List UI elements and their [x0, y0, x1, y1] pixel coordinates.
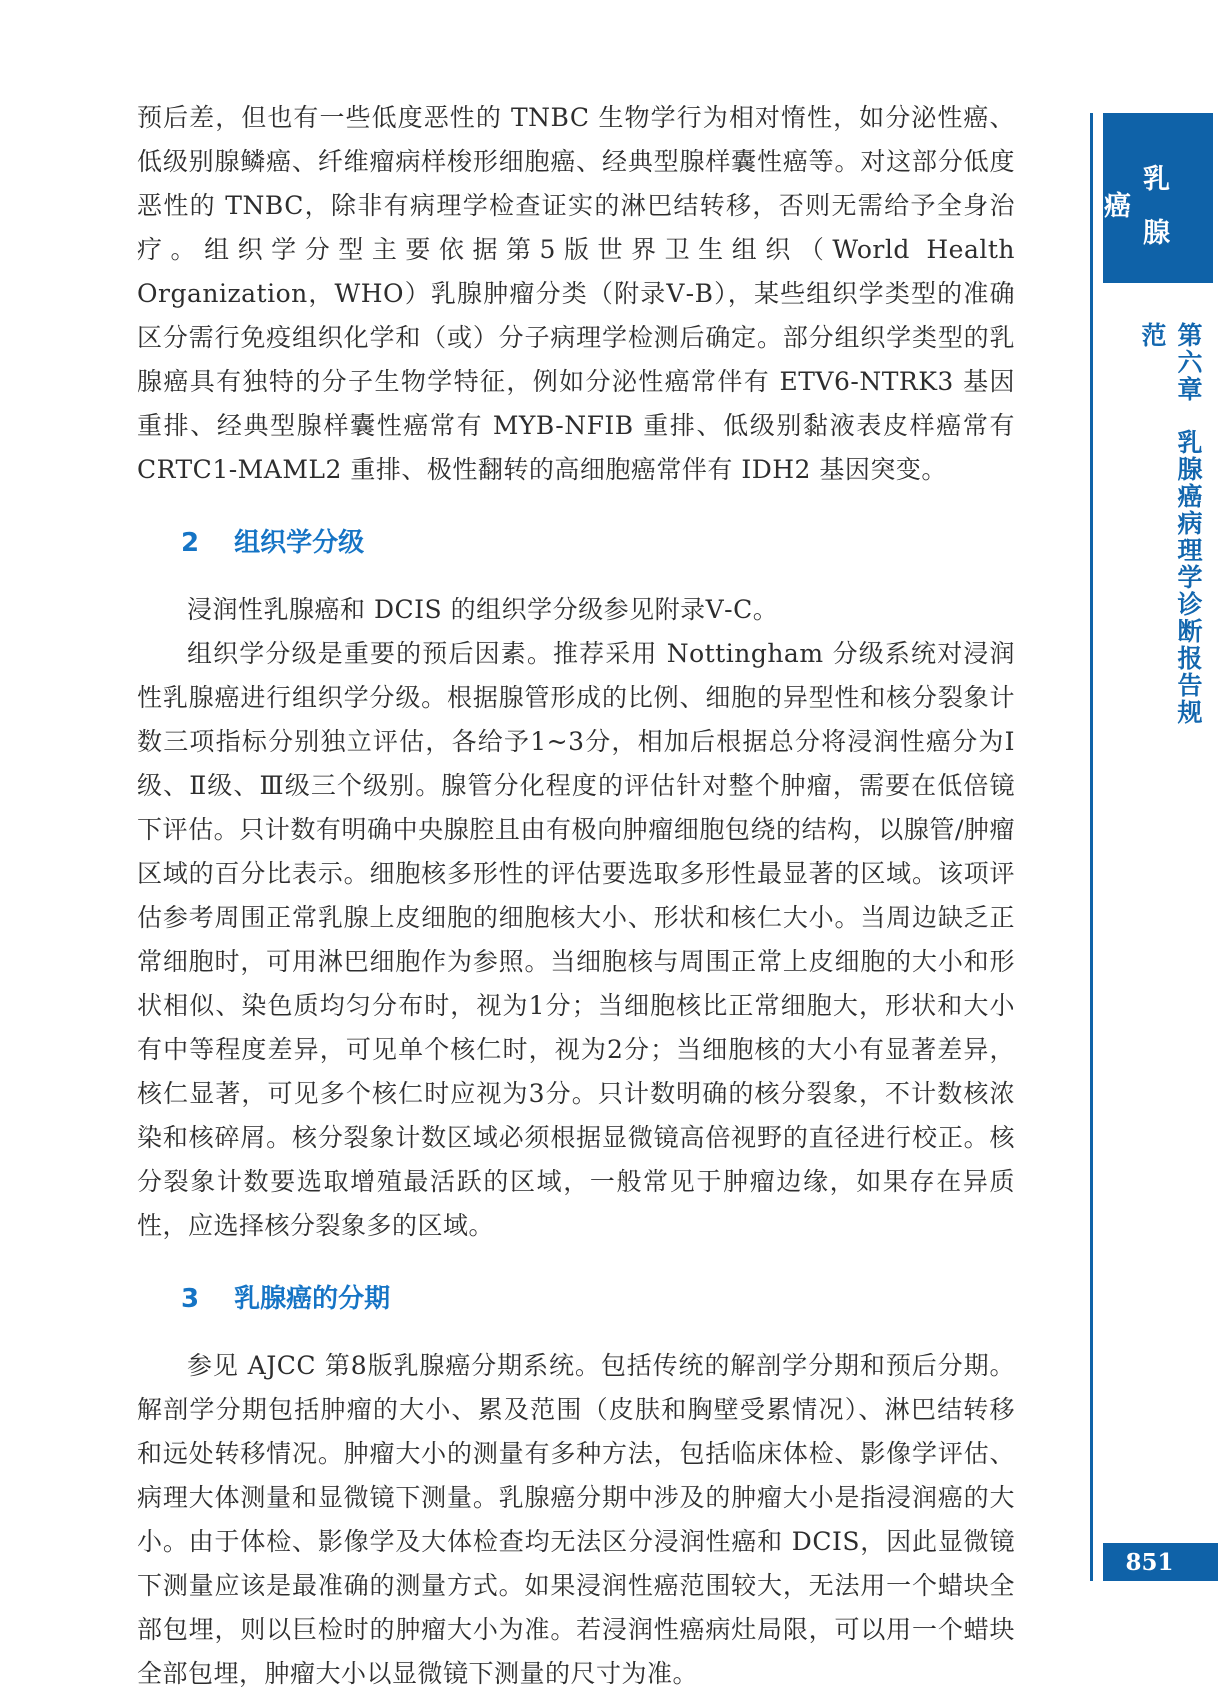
intro-paragraph: 预后差，但也有一些低度恶性的 TNBC 生物学行为相对惰性，如分泌性癌、低级别腺… [137, 96, 1015, 492]
body-paragraph: 组织学分级是重要的预后因素。推荐采用 Nottingham 分级系统对浸润性乳腺… [137, 632, 1015, 1248]
section-heading-3: 3 乳腺癌的分期 [181, 1282, 1015, 1316]
chapter-number: 第六章 [1174, 322, 1203, 403]
section-heading-2: 2 组织学分级 [181, 526, 1015, 560]
page-number: 851 [1125, 1549, 1173, 1576]
section-number: 2 [181, 528, 199, 558]
chapter-sidebar-title: 第六章乳腺癌病理学诊断报告规范 [1134, 322, 1206, 752]
section-title: 组织学分级 [234, 528, 364, 558]
page-number-badge: 851 [1103, 1543, 1218, 1581]
book-page: 预后差，但也有一些低度恶性的 TNBC 生物学行为相对惰性，如分泌性癌、低级别腺… [0, 0, 1218, 1696]
sidebar-tab: 乳腺癌 [1103, 113, 1213, 283]
section-title: 乳腺癌的分期 [234, 1284, 390, 1314]
body-paragraph: 浸润性乳腺癌和 DCIS 的组织学分级参见附录Ⅴ-C。 [137, 588, 1015, 632]
section-number: 3 [181, 1284, 199, 1314]
body-paragraph: 参见 AJCC 第8版乳腺癌分期系统。包括传统的解剖学分期和预后分期。解剖学分期… [137, 1344, 1015, 1696]
sidebar-vertical-rule [1090, 113, 1093, 1581]
sidebar-tab-label: 乳腺癌 [1143, 153, 1173, 283]
main-text-column: 预后差，但也有一些低度恶性的 TNBC 生物学行为相对惰性，如分泌性癌、低级别腺… [137, 96, 1015, 1696]
